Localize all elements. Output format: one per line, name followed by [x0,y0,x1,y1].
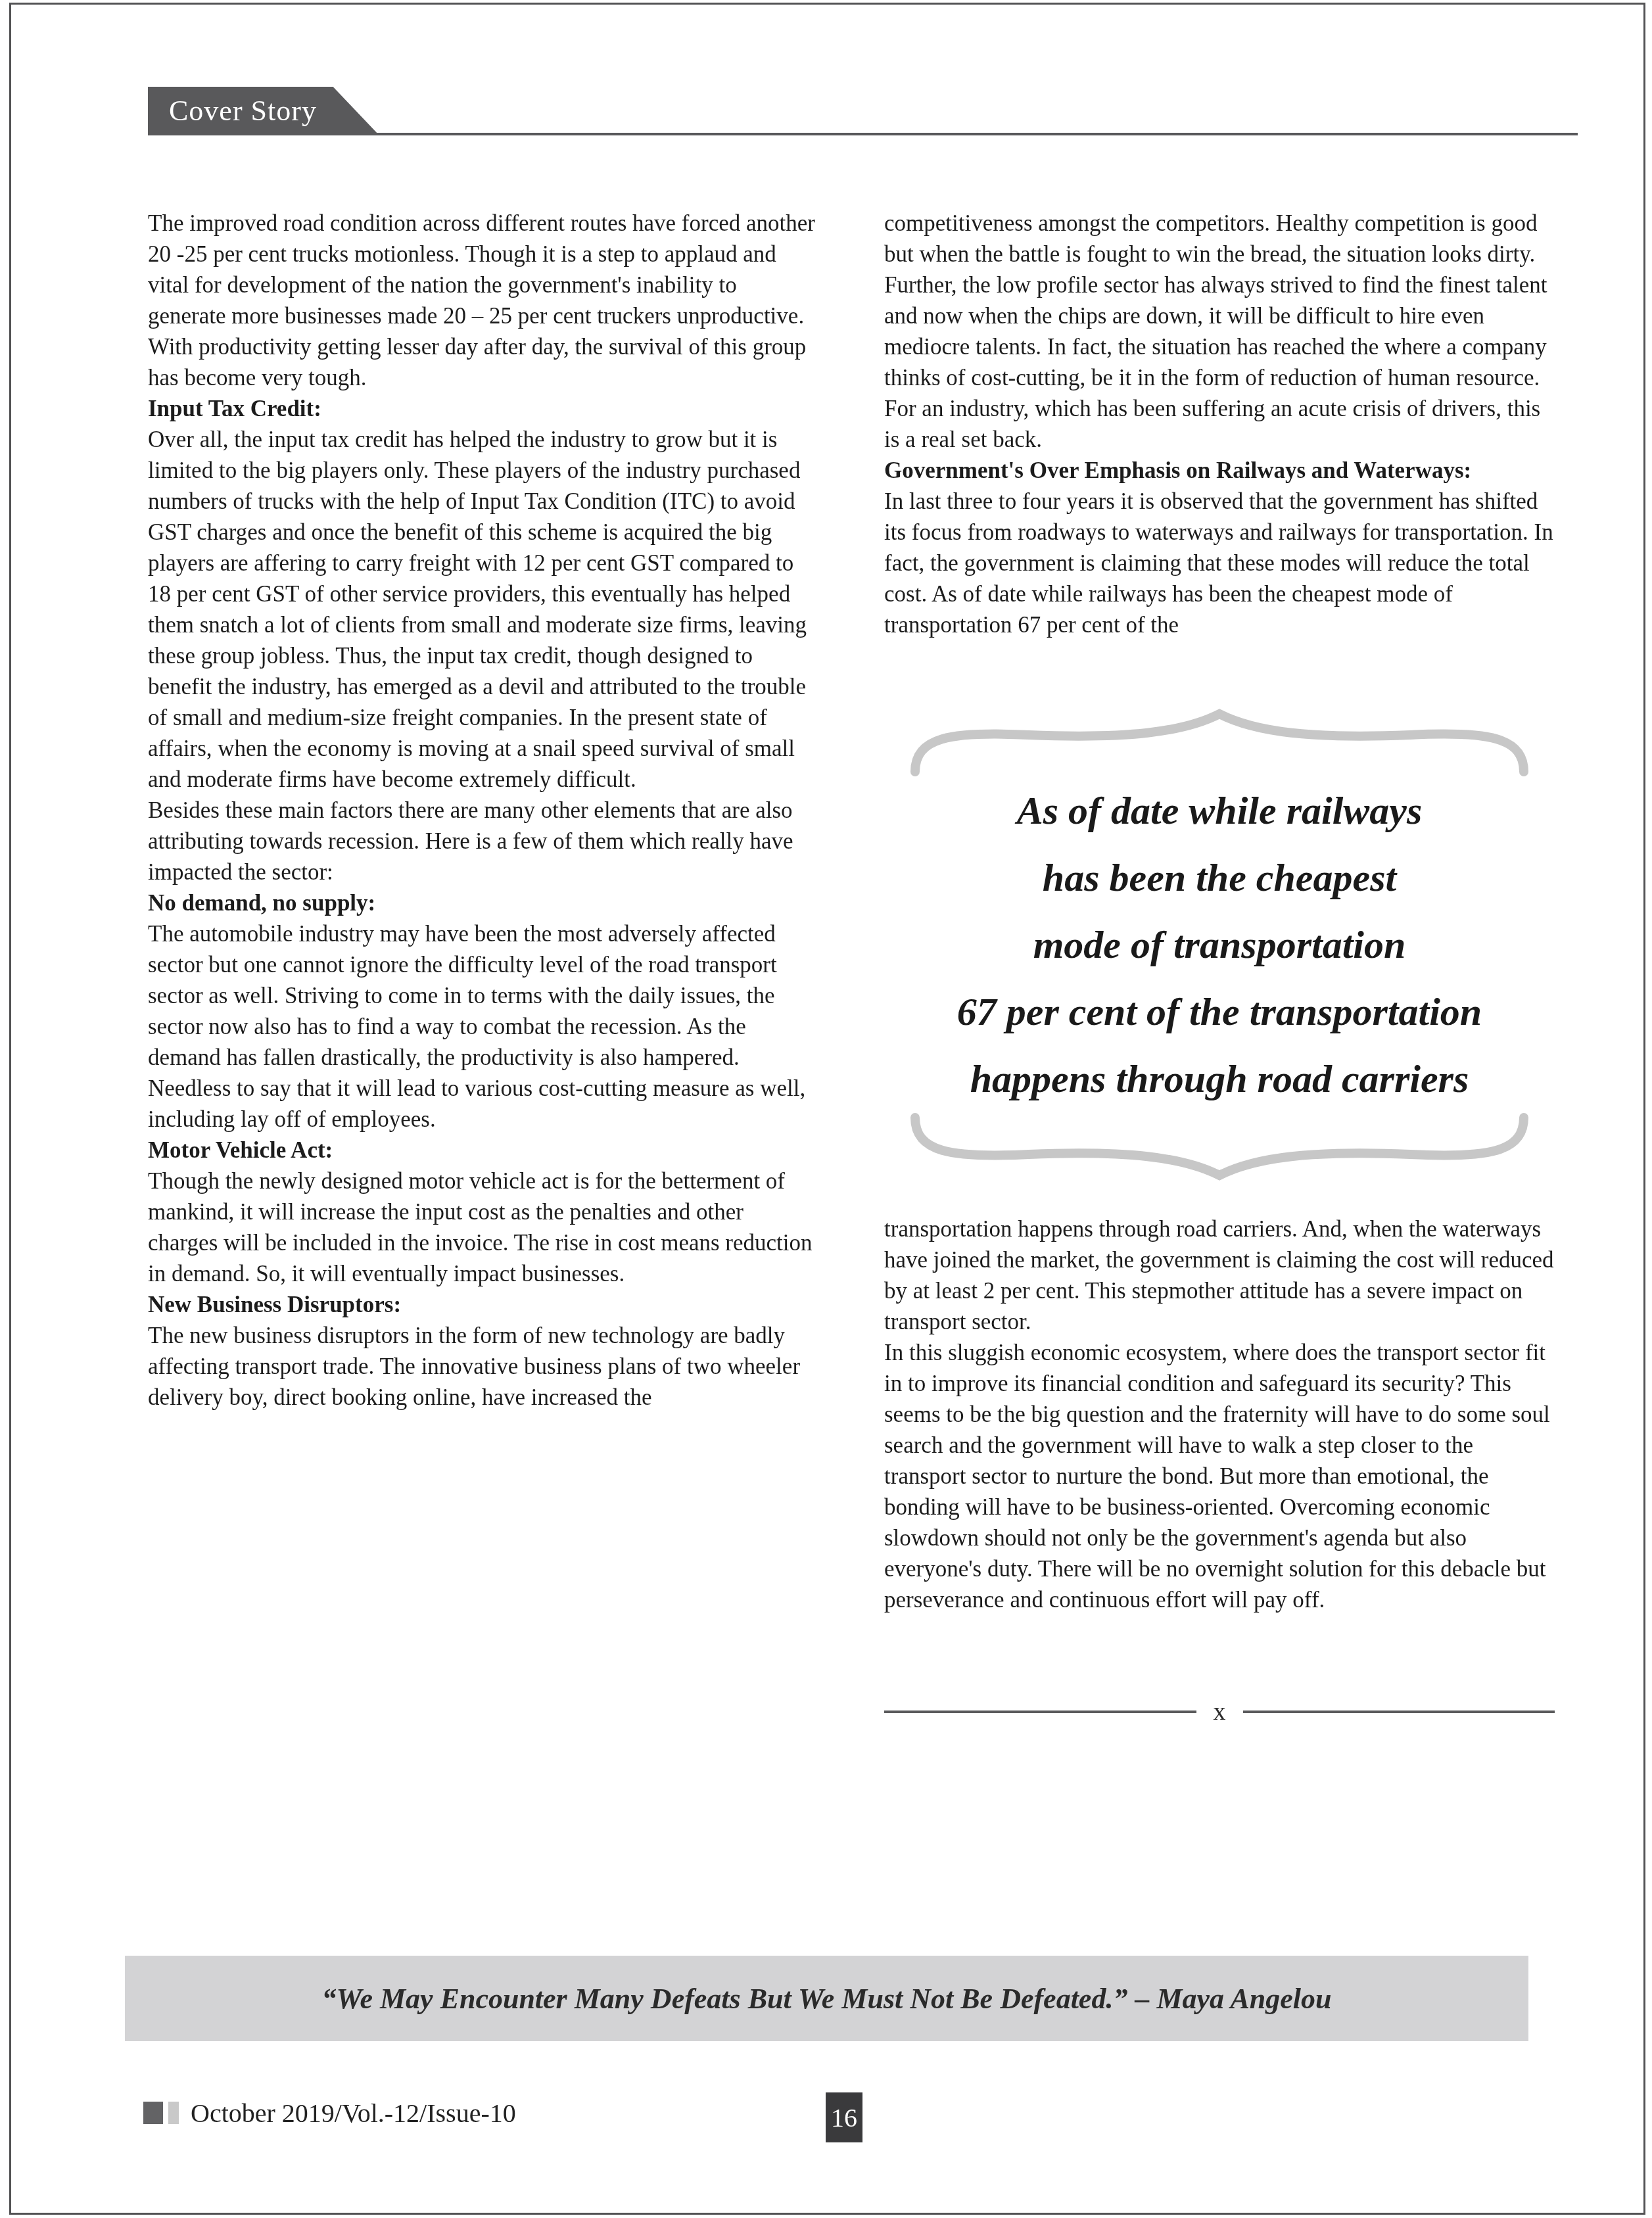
quote-bar: “We May Encounter Many Defeats But We Mu… [125,1956,1528,2041]
page-number: 16 [831,2102,857,2133]
section-heading: New Business Disruptors: [148,1289,818,1320]
section-heading: Input Tax Credit: [148,393,818,424]
end-mark-x: x [1214,1699,1226,1724]
paragraph: The improved road condition across diffe… [148,208,818,393]
footer-issue-text: October 2019/Vol.-12/Issue-10 [191,2098,516,2129]
footer-square-icon [143,2102,163,2124]
pull-quote: As of date while railways has been the c… [874,709,1565,1181]
header-rule [148,133,1578,135]
paragraph: The automobile industry may have been th… [148,918,818,1135]
end-rule-right [1243,1711,1555,1713]
brace-top-icon [907,709,1532,777]
cover-story-tab: Cover Story [148,87,379,135]
right-column: competitiveness amongst the competitors.… [884,208,1555,1724]
section-heading: Government's Over Emphasis on Railways a… [884,455,1555,486]
pull-quote-line: mode of transportation [874,911,1565,978]
end-rule-left [884,1711,1196,1713]
page-number-badge: 16 [826,2092,862,2142]
paragraph: Besides these main factors there are man… [148,795,818,887]
article-end-mark: x [884,1699,1555,1724]
footer-square-light-icon [168,2102,179,2124]
pull-quote-line: has been the cheapest [874,844,1565,911]
pull-quote-line: 67 per cent of the transportation [874,978,1565,1045]
pull-quote-line: As of date while railways [874,777,1565,844]
footer: October 2019/Vol.-12/Issue-10 [143,2098,516,2127]
brace-bottom-icon [907,1112,1532,1181]
paragraph: Though the newly designed motor vehicle … [148,1166,818,1289]
paragraph: transportation happens through road carr… [884,1214,1555,1337]
left-column: The improved road condition across diffe… [148,208,818,1413]
pull-quote-line: happens through road carriers [874,1045,1565,1112]
magazine-page: Cover Story The improved road condition … [0,0,1652,2218]
paragraph: In last three to four years it is observ… [884,486,1555,640]
paragraph: competitiveness amongst the competitors.… [884,208,1555,455]
paragraph: In this sluggish economic ecosystem, whe… [884,1337,1555,1615]
paragraph: The new business disruptors in the form … [148,1320,818,1413]
section-heading: Motor Vehicle Act: [148,1135,818,1166]
quote-bar-text: “We May Encounter Many Defeats But We Mu… [322,1982,1332,2016]
paragraph: Over all, the input tax credit has helpe… [148,424,818,795]
cover-story-label: Cover Story [148,87,379,135]
section-heading: No demand, no supply: [148,887,818,918]
